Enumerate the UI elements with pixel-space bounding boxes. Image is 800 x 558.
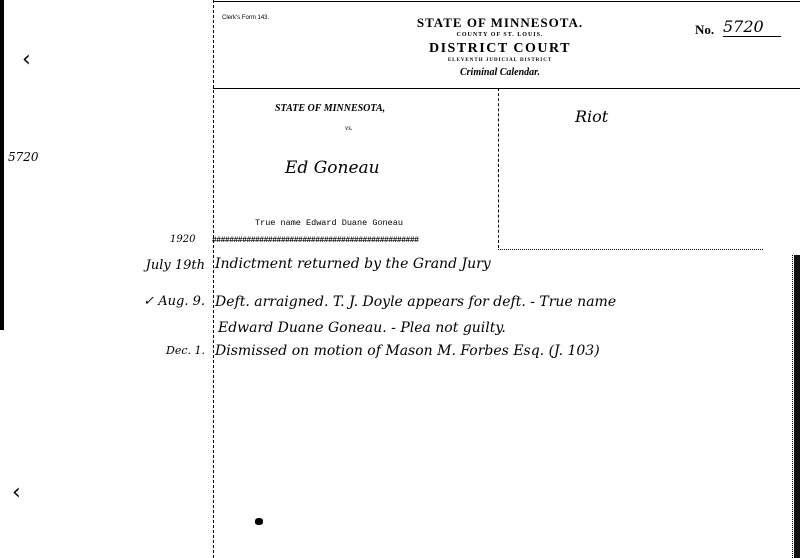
strikeout-line: ########################################… — [212, 236, 497, 246]
binder-bracket-icon: ‹ — [12, 480, 21, 505]
calendar-title: Criminal Calendar. — [380, 67, 620, 78]
top-rule — [213, 1, 800, 2]
judicial-district: ELEVENTH JUDICIAL DISTRICT — [380, 58, 620, 63]
entry-text: Deft. arraigned. T. J. Doyle appears for… — [215, 294, 616, 310]
binder-bracket-icon: ‹ — [22, 47, 31, 72]
form-number: Clerk's Form 143. — [222, 15, 269, 21]
scan-edge-right-dotted — [792, 255, 794, 558]
entry-text: Indictment returned by the Grand Jury — [215, 256, 491, 272]
caption-bottom-rule — [498, 249, 763, 250]
margin-case-number: 5720 — [8, 150, 39, 164]
charge: Riot — [575, 107, 608, 126]
scan-edge-right — [794, 255, 800, 558]
true-name: True name Edward Duane Goneau — [255, 218, 403, 228]
case-number-label: No. — [695, 22, 714, 38]
scan-edge-left — [0, 0, 4, 330]
entry-date: ✓ Aug. 9. — [100, 294, 205, 309]
case-number-value: 5720 — [723, 17, 781, 37]
margin-rule — [213, 0, 214, 558]
entry-year: 1920 — [170, 234, 195, 245]
header-rule — [213, 88, 800, 89]
versus: vs. — [345, 124, 353, 132]
ink-blot — [255, 518, 263, 525]
entry-text: Dismissed on motion of Mason M. Forbes E… — [215, 343, 600, 359]
entry-date: July 19th — [100, 258, 205, 273]
court-title: DISTRICT COURT — [380, 41, 620, 57]
defendant-name: Ed Goneau — [285, 158, 380, 178]
state-title: STATE OF MINNESOTA. — [380, 15, 620, 31]
caption-divider — [498, 88, 499, 248]
plaintiff: STATE OF MINNESOTA, — [275, 103, 385, 114]
entry-date: Dec. 1. — [100, 344, 205, 357]
county-label: COUNTY OF ST. LOUIS. — [380, 32, 620, 38]
entry-text: Edward Duane Goneau. - Plea not guilty. — [218, 320, 506, 336]
